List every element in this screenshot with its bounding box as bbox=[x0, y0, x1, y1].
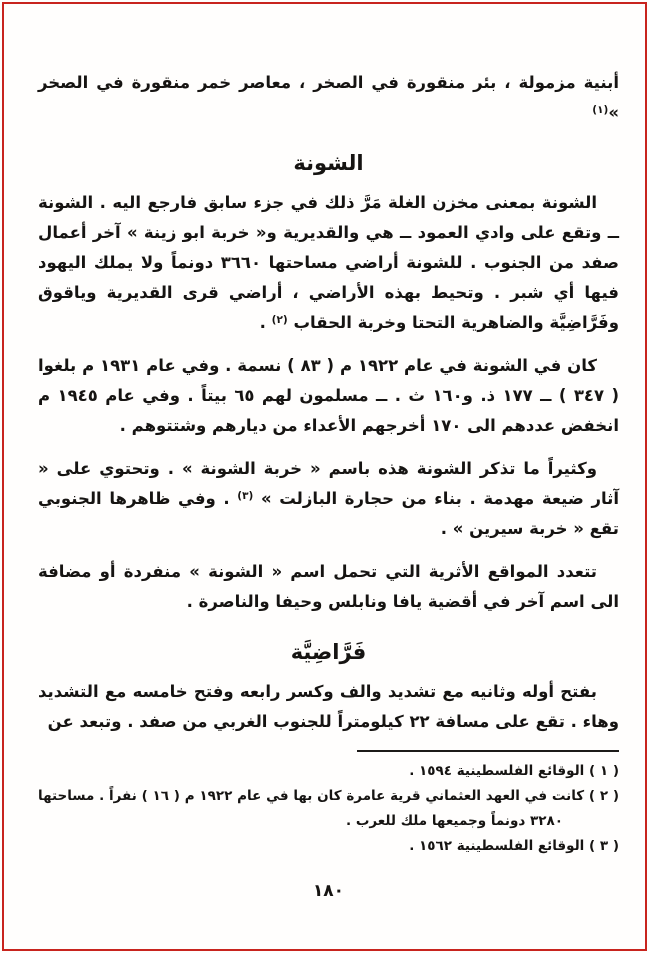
opener-line: أبنية مزمولة ، بئر منقورة في الصخر ، معا… bbox=[38, 68, 619, 128]
page-number: ١٨٠ bbox=[38, 881, 619, 901]
paragraph-shuna-2: كان في الشونة في عام ١٩٢٢ م ( ٨٣ ) نسمة … bbox=[38, 351, 619, 441]
section-heading-shuna: الشونة bbox=[38, 148, 619, 178]
footnote-item: ( ٣ ) الوقائع الفلسطينية ١٥٦٢ . bbox=[38, 834, 619, 859]
paragraph-shuna-1: الشونة بمعنى مخزن الغلة مَرَّ ذلك في جزء… bbox=[38, 188, 619, 338]
opener-text: أبنية مزمولة ، بئر منقورة في الصخر ، معا… bbox=[38, 73, 619, 122]
footnote-marker: ( ٢ ) bbox=[589, 788, 619, 804]
section-heading-farradiyya: فَرَّاضِيَّة bbox=[38, 637, 619, 667]
footnote-text: الوقائع الفلسطينية ١٥٩٤ . bbox=[409, 763, 584, 779]
page-content: أبنية مزمولة ، بئر منقورة في الصخر ، معا… bbox=[0, 0, 649, 953]
paragraph-shuna-3: وكثيراً ما تذكر الشونة هذه باسم « خربة ا… bbox=[38, 454, 619, 544]
paragraph-text: الشونة بمعنى مخزن الغلة مَرَّ ذلك في جزء… bbox=[38, 193, 619, 332]
footnote-text: كانت في العهد العثماني قرية عامرة كان به… bbox=[38, 788, 584, 829]
footnote-ref-2: (٢) bbox=[272, 314, 288, 326]
book-page: أبنية مزمولة ، بئر منقورة في الصخر ، معا… bbox=[0, 0, 649, 953]
footnote-text: الوقائع الفلسطينية ١٥٦٢ . bbox=[409, 838, 584, 854]
footnote-item: ( ٢ ) كانت في العهد العثماني قرية عامرة … bbox=[38, 784, 619, 834]
paragraph-farradiyya-1: بفتح أوله وثانيه مع تشديد والف وكسر رابع… bbox=[38, 677, 619, 737]
footnote-ref-3: (٣) bbox=[237, 490, 253, 502]
footnote-item: ( ١ ) الوقائع الفلسطينية ١٥٩٤ . bbox=[38, 759, 619, 784]
paragraph-shuna-4: تتعدد المواقع الأثرية التي تحمل اسم « ال… bbox=[38, 557, 619, 617]
footnotes-block: ( ١ ) الوقائع الفلسطينية ١٥٩٤ . ( ٢ ) كا… bbox=[38, 750, 619, 859]
footnote-separator bbox=[357, 750, 619, 752]
footnote-ref-1: (١) bbox=[592, 104, 608, 116]
footnote-marker: ( ٣ ) bbox=[589, 838, 619, 854]
paragraph-text: . bbox=[260, 313, 272, 332]
footnote-marker: ( ١ ) bbox=[589, 763, 619, 779]
